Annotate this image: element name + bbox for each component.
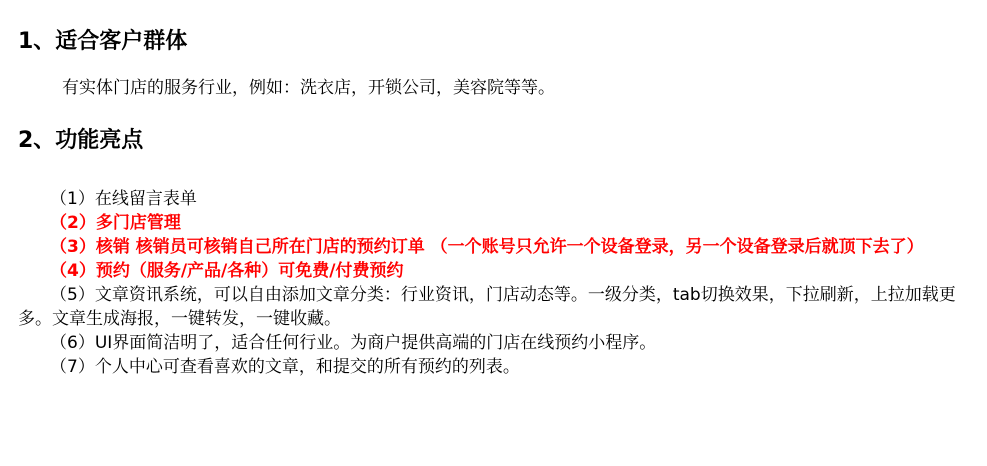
feature-item-personal-center: （7）个人中心可查看喜欢的文章，和提交的所有预约的列表。 (18, 355, 968, 379)
feature-item-online-form: （1）在线留言表单 (18, 187, 968, 211)
section-heading-target-customers: 1、适合客户群体 (18, 28, 187, 56)
target-customers-paragraph: 有实体门店的服务行业，例如：洗衣店，开锁公司，美容院等等。 (62, 77, 555, 99)
feature-item-multi-store: （2）多门店管理 (18, 211, 968, 235)
feature-item-ui: （6）UI界面简洁明了，适合任何行业。为商户提供高端的门店在线预约小程序。 (18, 331, 968, 355)
feature-item-article-system: （5）文章资讯系统，可以自由添加文章分类：行业资讯，门店动态等。一级分类，tab… (18, 283, 968, 331)
feature-item-verification: （3）核销 核销员可核销自己所在门店的预约订单 （一个账号只允许一个设备登录，另… (18, 235, 968, 259)
feature-list: （1）在线留言表单 （2）多门店管理 （3）核销 核销员可核销自己所在门店的预约… (18, 187, 968, 379)
feature-item-booking: （4）预约（服务/产品/各种）可免费/付费预约 (18, 259, 968, 283)
section-heading-feature-highlights: 2、功能亮点 (18, 127, 143, 155)
